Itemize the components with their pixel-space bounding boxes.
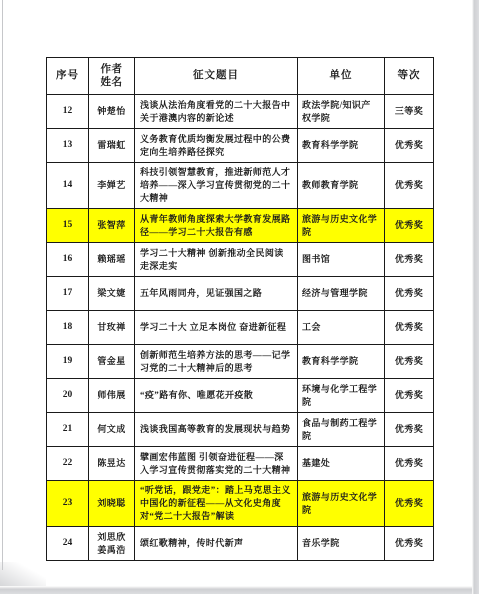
title-cell: 浅谈从法治角度看党的二十大报告中关于港澳内容的新论述 bbox=[135, 95, 298, 129]
table-row: 14李婵艺科技引领智慧教育，推进新师范人才培养——深入学习宣传贯彻党的二十大精神… bbox=[47, 163, 434, 209]
document-page: 序号 作者 姓名 征文题目 单位 等次 12钟楚怡浅谈从法治角度看党的二十大报告… bbox=[3, 0, 472, 587]
author-cell: 钟楚怡 bbox=[89, 95, 135, 129]
page-corner-shadow bbox=[0, 562, 46, 588]
unit-cell: 教育科学学院 bbox=[298, 129, 385, 163]
award-cell: 优秀奖 bbox=[385, 379, 434, 413]
table-row: 22陈昱达擘画宏伟蓝图 引领奋进征程——深入学习宣传贯彻落实党的二十大精神基建处… bbox=[47, 447, 434, 481]
author-cell: 李婵艺 bbox=[89, 163, 135, 209]
row-number-cell: 15 bbox=[47, 209, 89, 243]
title-cell: “听党话，跟党走”：踏上马克思主义中国化的新征程——从文化史角度对“党二十大报告… bbox=[135, 481, 298, 527]
unit-cell: 教育科学学院 bbox=[298, 345, 385, 379]
table-row: 12钟楚怡浅谈从法治角度看党的二十大报告中关于港澳内容的新论述政法学院/知识产权… bbox=[47, 95, 434, 129]
row-number-cell: 21 bbox=[47, 413, 89, 447]
table-row: 21何文成浅谈我国高等教育的发展现状与趋势食品与制药工程学院优秀奖 bbox=[47, 413, 434, 447]
title-cell: 颂红歌精神，传时代新声 bbox=[135, 527, 298, 561]
row-number-cell: 14 bbox=[47, 163, 89, 209]
award-cell: 优秀奖 bbox=[385, 209, 434, 243]
unit-cell: 音乐学院 bbox=[298, 527, 385, 561]
award-cell: 优秀奖 bbox=[385, 243, 434, 277]
author-cell: 刘晓聪 bbox=[89, 481, 135, 527]
award-cell: 优秀奖 bbox=[385, 413, 434, 447]
table-row: 17梁文婕五年风雨同舟，见证强国之路经济与管理学院优秀奖 bbox=[47, 277, 434, 311]
title-cell: 浅谈我国高等教育的发展现状与趋势 bbox=[135, 413, 298, 447]
unit-cell: 基建处 bbox=[298, 447, 385, 481]
table-row: 15张智萍从青年教师角度探索大学教育发展路径——学习二十大报告有感旅游与历史文化… bbox=[47, 209, 434, 243]
title-cell: 从青年教师角度探索大学教育发展路径——学习二十大报告有感 bbox=[135, 209, 298, 243]
table-body: 12钟楚怡浅谈从法治角度看党的二十大报告中关于港澳内容的新论述政法学院/知识产权… bbox=[47, 95, 434, 561]
table-row: 23刘晓聪“听党话，跟党走”：踏上马克思主义中国化的新征程——从文化史角度对“党… bbox=[47, 481, 434, 527]
col-header-number: 序号 bbox=[47, 58, 89, 95]
row-number-cell: 20 bbox=[47, 379, 89, 413]
award-cell: 优秀奖 bbox=[385, 527, 434, 561]
row-number-cell: 12 bbox=[47, 95, 89, 129]
title-cell: 义务教育优质均衡发展过程中的公费定向生培养路径探究 bbox=[135, 129, 298, 163]
award-table: 序号 作者 姓名 征文题目 单位 等次 12钟楚怡浅谈从法治角度看党的二十大报告… bbox=[46, 57, 434, 561]
unit-cell: 旅游与历史文化学院 bbox=[298, 209, 385, 243]
col-header-unit: 单位 bbox=[298, 58, 385, 95]
award-cell: 优秀奖 bbox=[385, 447, 434, 481]
unit-cell: 食品与制药工程学院 bbox=[298, 413, 385, 447]
document-viewport: 序号 作者 姓名 征文题目 单位 等次 12钟楚怡浅谈从法治角度看党的二十大报告… bbox=[0, 0, 479, 594]
table-row: 18甘玫禅学习二十大 立足本岗位 奋进新征程工会优秀奖 bbox=[47, 311, 434, 345]
award-cell: 优秀奖 bbox=[385, 481, 434, 527]
unit-cell: 图书馆 bbox=[298, 243, 385, 277]
table-row: 13雷瑞虹义务教育优质均衡发展过程中的公费定向生培养路径探究教育科学学院优秀奖 bbox=[47, 129, 434, 163]
award-cell: 优秀奖 bbox=[385, 277, 434, 311]
row-number-cell: 17 bbox=[47, 277, 89, 311]
author-cell: 赖瑶瑶 bbox=[89, 243, 135, 277]
unit-cell: 旅游与历史文化学院 bbox=[298, 481, 385, 527]
table-row: 20师伟展“疫”路有你、唯愿花开疫散环境与化学工程学院优秀奖 bbox=[47, 379, 434, 413]
table-row: 16赖瑶瑶学习二十大精神 创新推动全民阅读走深走实图书馆优秀奖 bbox=[47, 243, 434, 277]
page-right-edge bbox=[472, 0, 479, 594]
title-cell: “疫”路有你、唯愿花开疫散 bbox=[135, 379, 298, 413]
award-cell: 优秀奖 bbox=[385, 129, 434, 163]
row-number-cell: 22 bbox=[47, 447, 89, 481]
author-cell: 刘思欣 姜禹浩 bbox=[89, 527, 135, 561]
author-cell: 何文成 bbox=[89, 413, 135, 447]
author-cell: 师伟展 bbox=[89, 379, 135, 413]
table-row: 19管金星创新师范生培养方法的思考——记学习党的二十大精神后的思考教育科学学院优… bbox=[47, 345, 434, 379]
unit-cell: 经济与管理学院 bbox=[298, 277, 385, 311]
row-number-cell: 13 bbox=[47, 129, 89, 163]
title-cell: 学习二十大 立足本岗位 奋进新征程 bbox=[135, 311, 298, 345]
author-cell: 管金星 bbox=[89, 345, 135, 379]
table-header-row: 序号 作者 姓名 征文题目 单位 等次 bbox=[47, 58, 434, 95]
col-header-award: 等次 bbox=[385, 58, 434, 95]
title-cell: 五年风雨同舟，见证强国之路 bbox=[135, 277, 298, 311]
author-cell: 陈昱达 bbox=[89, 447, 135, 481]
unit-cell: 环境与化学工程学院 bbox=[298, 379, 385, 413]
unit-cell: 工会 bbox=[298, 311, 385, 345]
table-row: 24刘思欣 姜禹浩颂红歌精神，传时代新声音乐学院优秀奖 bbox=[47, 527, 434, 561]
award-cell: 优秀奖 bbox=[385, 311, 434, 345]
title-cell: 科技引领智慧教育，推进新师范人才培养——深入学习宣传贯彻党的二十大精神 bbox=[135, 163, 298, 209]
award-cell: 优秀奖 bbox=[385, 345, 434, 379]
award-cell: 优秀奖 bbox=[385, 163, 434, 209]
row-number-cell: 24 bbox=[47, 527, 89, 561]
col-header-author: 作者 姓名 bbox=[89, 58, 135, 95]
author-cell: 梁文婕 bbox=[89, 277, 135, 311]
award-cell: 三等奖 bbox=[385, 95, 434, 129]
author-cell: 甘玫禅 bbox=[89, 311, 135, 345]
author-cell: 雷瑞虹 bbox=[89, 129, 135, 163]
title-cell: 学习二十大精神 创新推动全民阅读走深走实 bbox=[135, 243, 298, 277]
row-number-cell: 23 bbox=[47, 481, 89, 527]
col-header-title: 征文题目 bbox=[135, 58, 298, 95]
author-cell: 张智萍 bbox=[89, 209, 135, 243]
row-number-cell: 18 bbox=[47, 311, 89, 345]
row-number-cell: 19 bbox=[47, 345, 89, 379]
row-number-cell: 16 bbox=[47, 243, 89, 277]
page-bottom-edge bbox=[0, 586, 479, 594]
title-cell: 擘画宏伟蓝图 引领奋进征程——深入学习宣传贯彻落实党的二十大精神 bbox=[135, 447, 298, 481]
unit-cell: 政法学院/知识产权学院 bbox=[298, 95, 385, 129]
title-cell: 创新师范生培养方法的思考——记学习党的二十大精神后的思考 bbox=[135, 345, 298, 379]
page-left-edge bbox=[2, 0, 3, 570]
unit-cell: 教师教育学院 bbox=[298, 163, 385, 209]
